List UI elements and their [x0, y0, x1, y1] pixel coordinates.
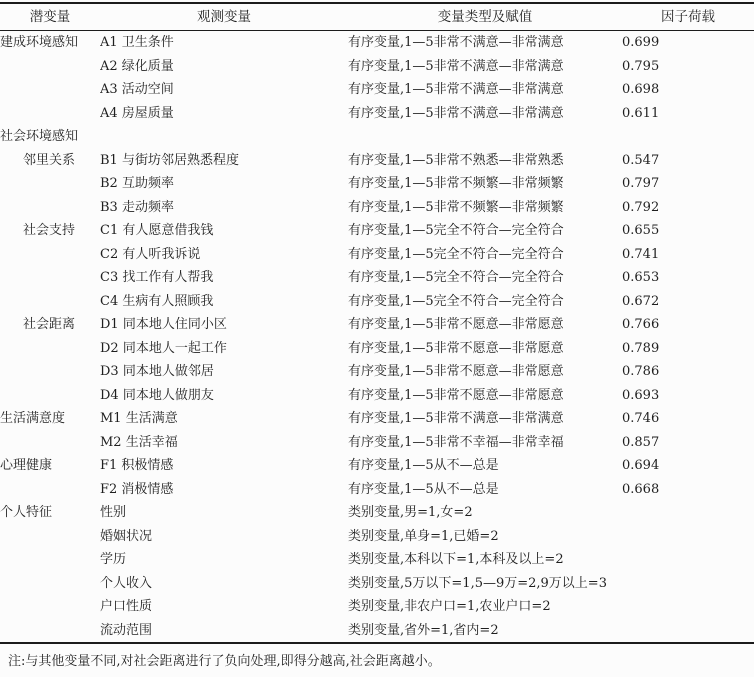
type-cell: 有序变量,1—5非常不愿意—非常愿意 — [348, 384, 622, 408]
loading-cell: 0.792 — [622, 196, 754, 220]
observed-cell: C4 生病有人照顾我 — [100, 290, 348, 314]
table-row: A4 房屋质量有序变量,1—5非常不满意—非常满意0.611 — [0, 102, 754, 126]
type-cell: 类别变量,非农户口=1,农业户口=2 — [348, 595, 622, 619]
type-cell: 有序变量,1—5非常不愿意—非常愿意 — [348, 313, 622, 337]
loading-cell: 0.741 — [622, 243, 754, 267]
type-cell: 类别变量,5万以下=1,5—9万=2,9万以上=3 — [348, 572, 622, 596]
type-cell: 有序变量,1—5完全不符合—完全符合 — [348, 243, 622, 267]
loading-cell: 0.857 — [622, 431, 754, 455]
latent-cell — [0, 243, 100, 267]
type-cell: 有序变量,1—5完全不符合—完全符合 — [348, 290, 622, 314]
table-row: C2 有人听我诉说有序变量,1—5完全不符合—完全符合0.741 — [0, 243, 754, 267]
table-row: 社会环境感知 — [0, 125, 754, 149]
latent-cell — [0, 102, 100, 126]
observed-cell: C2 有人听我诉说 — [100, 243, 348, 267]
table-row: 户口性质类别变量,非农户口=1,农业户口=2 — [0, 595, 754, 619]
loading-cell: 0.797 — [622, 172, 754, 196]
type-cell: 有序变量,1—5非常不满意—非常满意 — [348, 55, 622, 79]
latent-cell: 邻里关系 — [0, 149, 100, 173]
table-row: A2 绿化质量有序变量,1—5非常不满意—非常满意0.795 — [0, 55, 754, 79]
loading-cell: 0.694 — [622, 454, 754, 478]
loading-cell — [622, 501, 754, 525]
loading-cell — [622, 572, 754, 596]
observed-cell: D4 同本地人做朋友 — [100, 384, 348, 408]
loading-cell: 0.672 — [622, 290, 754, 314]
latent-cell — [0, 431, 100, 455]
table-row: 社会距离D1 同本地人住同小区有序变量,1—5非常不愿意—非常愿意0.766 — [0, 313, 754, 337]
table-row: 个人特征性别类别变量,男=1,女=2 — [0, 501, 754, 525]
observed-cell: 户口性质 — [100, 595, 348, 619]
type-cell: 有序变量,1—5非常不频繁—非常频繁 — [348, 172, 622, 196]
observed-cell: F1 积极情感 — [100, 454, 348, 478]
latent-cell — [0, 290, 100, 314]
latent-cell — [0, 572, 100, 596]
observed-cell: D3 同本地人做邻居 — [100, 360, 348, 384]
table-row: 个人收入类别变量,5万以下=1,5—9万=2,9万以上=3 — [0, 572, 754, 596]
observed-cell: B3 走动频率 — [100, 196, 348, 220]
latent-cell — [0, 78, 100, 102]
type-cell: 有序变量,1—5非常不愿意—非常愿意 — [348, 337, 622, 361]
table-row: 流动范围类别变量,省外=1,省内=2 — [0, 619, 754, 644]
observed-cell: A1 卫生条件 — [100, 31, 348, 55]
loading-cell — [622, 595, 754, 619]
type-cell: 类别变量,单身=1,已婚=2 — [348, 525, 622, 549]
type-cell: 类别变量,本科以下=1,本科及以上=2 — [348, 548, 622, 572]
loading-cell — [622, 125, 754, 149]
type-cell: 有序变量,1—5从不—总是 — [348, 478, 622, 502]
loading-cell: 0.693 — [622, 384, 754, 408]
observed-cell: 学历 — [100, 548, 348, 572]
table-row: D3 同本地人做邻居有序变量,1—5非常不愿意—非常愿意0.786 — [0, 360, 754, 384]
latent-cell — [0, 196, 100, 220]
table-note: 注:与其他变量不同,对社会距离进行了负向处理,即得分越高,社会距离越小。 — [0, 644, 754, 671]
loading-cell: 0.653 — [622, 266, 754, 290]
observed-cell: D1 同本地人住同小区 — [100, 313, 348, 337]
table-row: M2 生活幸福有序变量,1—5非常不幸福—非常幸福0.857 — [0, 431, 754, 455]
latent-cell — [0, 337, 100, 361]
observed-cell: B1 与街坊邻居熟悉程度 — [100, 149, 348, 173]
table-row: C3 找工作有人帮我有序变量,1—5完全不符合—完全符合0.653 — [0, 266, 754, 290]
type-cell: 有序变量,1—5从不—总是 — [348, 454, 622, 478]
loading-cell — [622, 619, 754, 644]
paper-table-page: 潜变量 观测变量 变量类型及赋值 因子荷载 建成环境感知A1 卫生条件有序变量,… — [0, 0, 754, 671]
loading-cell: 0.611 — [622, 102, 754, 126]
loading-cell: 0.699 — [622, 31, 754, 55]
latent-cell: 社会距离 — [0, 313, 100, 337]
column-header-loading: 因子荷载 — [622, 3, 754, 31]
table-row: 生活满意度M1 生活满意有序变量,1—5非常不满意—非常满意0.746 — [0, 407, 754, 431]
type-cell: 有序变量,1—5非常不满意—非常满意 — [348, 78, 622, 102]
table-row: 学历类别变量,本科以下=1,本科及以上=2 — [0, 548, 754, 572]
type-cell: 有序变量,1—5非常不幸福—非常幸福 — [348, 431, 622, 455]
latent-cell — [0, 360, 100, 384]
table-row: A3 活动空间有序变量,1—5非常不满意—非常满意0.698 — [0, 78, 754, 102]
observed-cell: M2 生活幸福 — [100, 431, 348, 455]
latent-cell — [0, 595, 100, 619]
table-body: 建成环境感知A1 卫生条件有序变量,1—5非常不满意—非常满意0.699A2 绿… — [0, 31, 754, 644]
table-row: 邻里关系B1 与街坊邻居熟悉程度有序变量,1—5非常不熟悉—非常熟悉0.547 — [0, 149, 754, 173]
type-cell: 有序变量,1—5非常不满意—非常满意 — [348, 102, 622, 126]
type-cell: 有序变量,1—5非常不频繁—非常频繁 — [348, 196, 622, 220]
type-cell — [348, 125, 622, 149]
latent-cell: 建成环境感知 — [0, 31, 100, 55]
latent-cell — [0, 525, 100, 549]
loading-cell: 0.786 — [622, 360, 754, 384]
latent-cell — [0, 478, 100, 502]
loading-cell: 0.655 — [622, 219, 754, 243]
latent-cell — [0, 384, 100, 408]
loading-cell: 0.789 — [622, 337, 754, 361]
latent-cell: 个人特征 — [0, 501, 100, 525]
table-row: F2 消极情感有序变量,1—5从不—总是0.668 — [0, 478, 754, 502]
observed-cell: 流动范围 — [100, 619, 348, 644]
latent-cell — [0, 55, 100, 79]
type-cell: 有序变量,1—5非常不满意—非常满意 — [348, 31, 622, 55]
type-cell: 有序变量,1—5非常不愿意—非常愿意 — [348, 360, 622, 384]
table-header: 潜变量 观测变量 变量类型及赋值 因子荷载 — [0, 3, 754, 31]
observed-cell: 性别 — [100, 501, 348, 525]
latent-cell — [0, 548, 100, 572]
table-row: D4 同本地人做朋友有序变量,1—5非常不愿意—非常愿意0.693 — [0, 384, 754, 408]
table-row: 建成环境感知A1 卫生条件有序变量,1—5非常不满意—非常满意0.699 — [0, 31, 754, 55]
loading-cell — [622, 525, 754, 549]
loading-cell: 0.668 — [622, 478, 754, 502]
loading-cell: 0.766 — [622, 313, 754, 337]
latent-cell: 社会支持 — [0, 219, 100, 243]
latent-cell — [0, 619, 100, 644]
observed-cell: A4 房屋质量 — [100, 102, 348, 126]
observed-cell: A2 绿化质量 — [100, 55, 348, 79]
observed-cell: C1 有人愿意借我钱 — [100, 219, 348, 243]
table-row: C4 生病有人照顾我有序变量,1—5完全不符合—完全符合0.672 — [0, 290, 754, 314]
type-cell: 有序变量,1—5完全不符合—完全符合 — [348, 219, 622, 243]
type-cell: 类别变量,男=1,女=2 — [348, 501, 622, 525]
type-cell: 有序变量,1—5非常不满意—非常满意 — [348, 407, 622, 431]
header-row: 潜变量 观测变量 变量类型及赋值 因子荷载 — [0, 3, 754, 31]
table-row: B3 走动频率有序变量,1—5非常不频繁—非常频繁0.792 — [0, 196, 754, 220]
latent-cell: 社会环境感知 — [0, 125, 100, 149]
latent-cell: 心理健康 — [0, 454, 100, 478]
loading-cell: 0.547 — [622, 149, 754, 173]
table-row: D2 同本地人一起工作有序变量,1—5非常不愿意—非常愿意0.789 — [0, 337, 754, 361]
table-row: 婚姻状况类别变量,单身=1,已婚=2 — [0, 525, 754, 549]
column-header-type: 变量类型及赋值 — [348, 3, 622, 31]
column-header-latent: 潜变量 — [0, 3, 100, 31]
loading-cell: 0.795 — [622, 55, 754, 79]
observed-cell — [100, 125, 348, 149]
observed-cell: M1 生活满意 — [100, 407, 348, 431]
latent-cell: 生活满意度 — [0, 407, 100, 431]
type-cell: 有序变量,1—5完全不符合—完全符合 — [348, 266, 622, 290]
observed-cell: C3 找工作有人帮我 — [100, 266, 348, 290]
table-row: 心理健康F1 积极情感有序变量,1—5从不—总是0.694 — [0, 454, 754, 478]
observed-cell: 婚姻状况 — [100, 525, 348, 549]
observed-cell: D2 同本地人一起工作 — [100, 337, 348, 361]
observed-cell: B2 互助频率 — [100, 172, 348, 196]
latent-cell — [0, 172, 100, 196]
table-row: 社会支持C1 有人愿意借我钱有序变量,1—5完全不符合—完全符合0.655 — [0, 219, 754, 243]
column-header-observed: 观测变量 — [100, 3, 348, 31]
table-row: B2 互助频率有序变量,1—5非常不频繁—非常频繁0.797 — [0, 172, 754, 196]
variables-table: 潜变量 观测变量 变量类型及赋值 因子荷载 建成环境感知A1 卫生条件有序变量,… — [0, 2, 754, 644]
type-cell: 类别变量,省外=1,省内=2 — [348, 619, 622, 644]
observed-cell: F2 消极情感 — [100, 478, 348, 502]
loading-cell: 0.746 — [622, 407, 754, 431]
observed-cell: A3 活动空间 — [100, 78, 348, 102]
loading-cell — [622, 548, 754, 572]
latent-cell — [0, 266, 100, 290]
loading-cell: 0.698 — [622, 78, 754, 102]
observed-cell: 个人收入 — [100, 572, 348, 596]
type-cell: 有序变量,1—5非常不熟悉—非常熟悉 — [348, 149, 622, 173]
